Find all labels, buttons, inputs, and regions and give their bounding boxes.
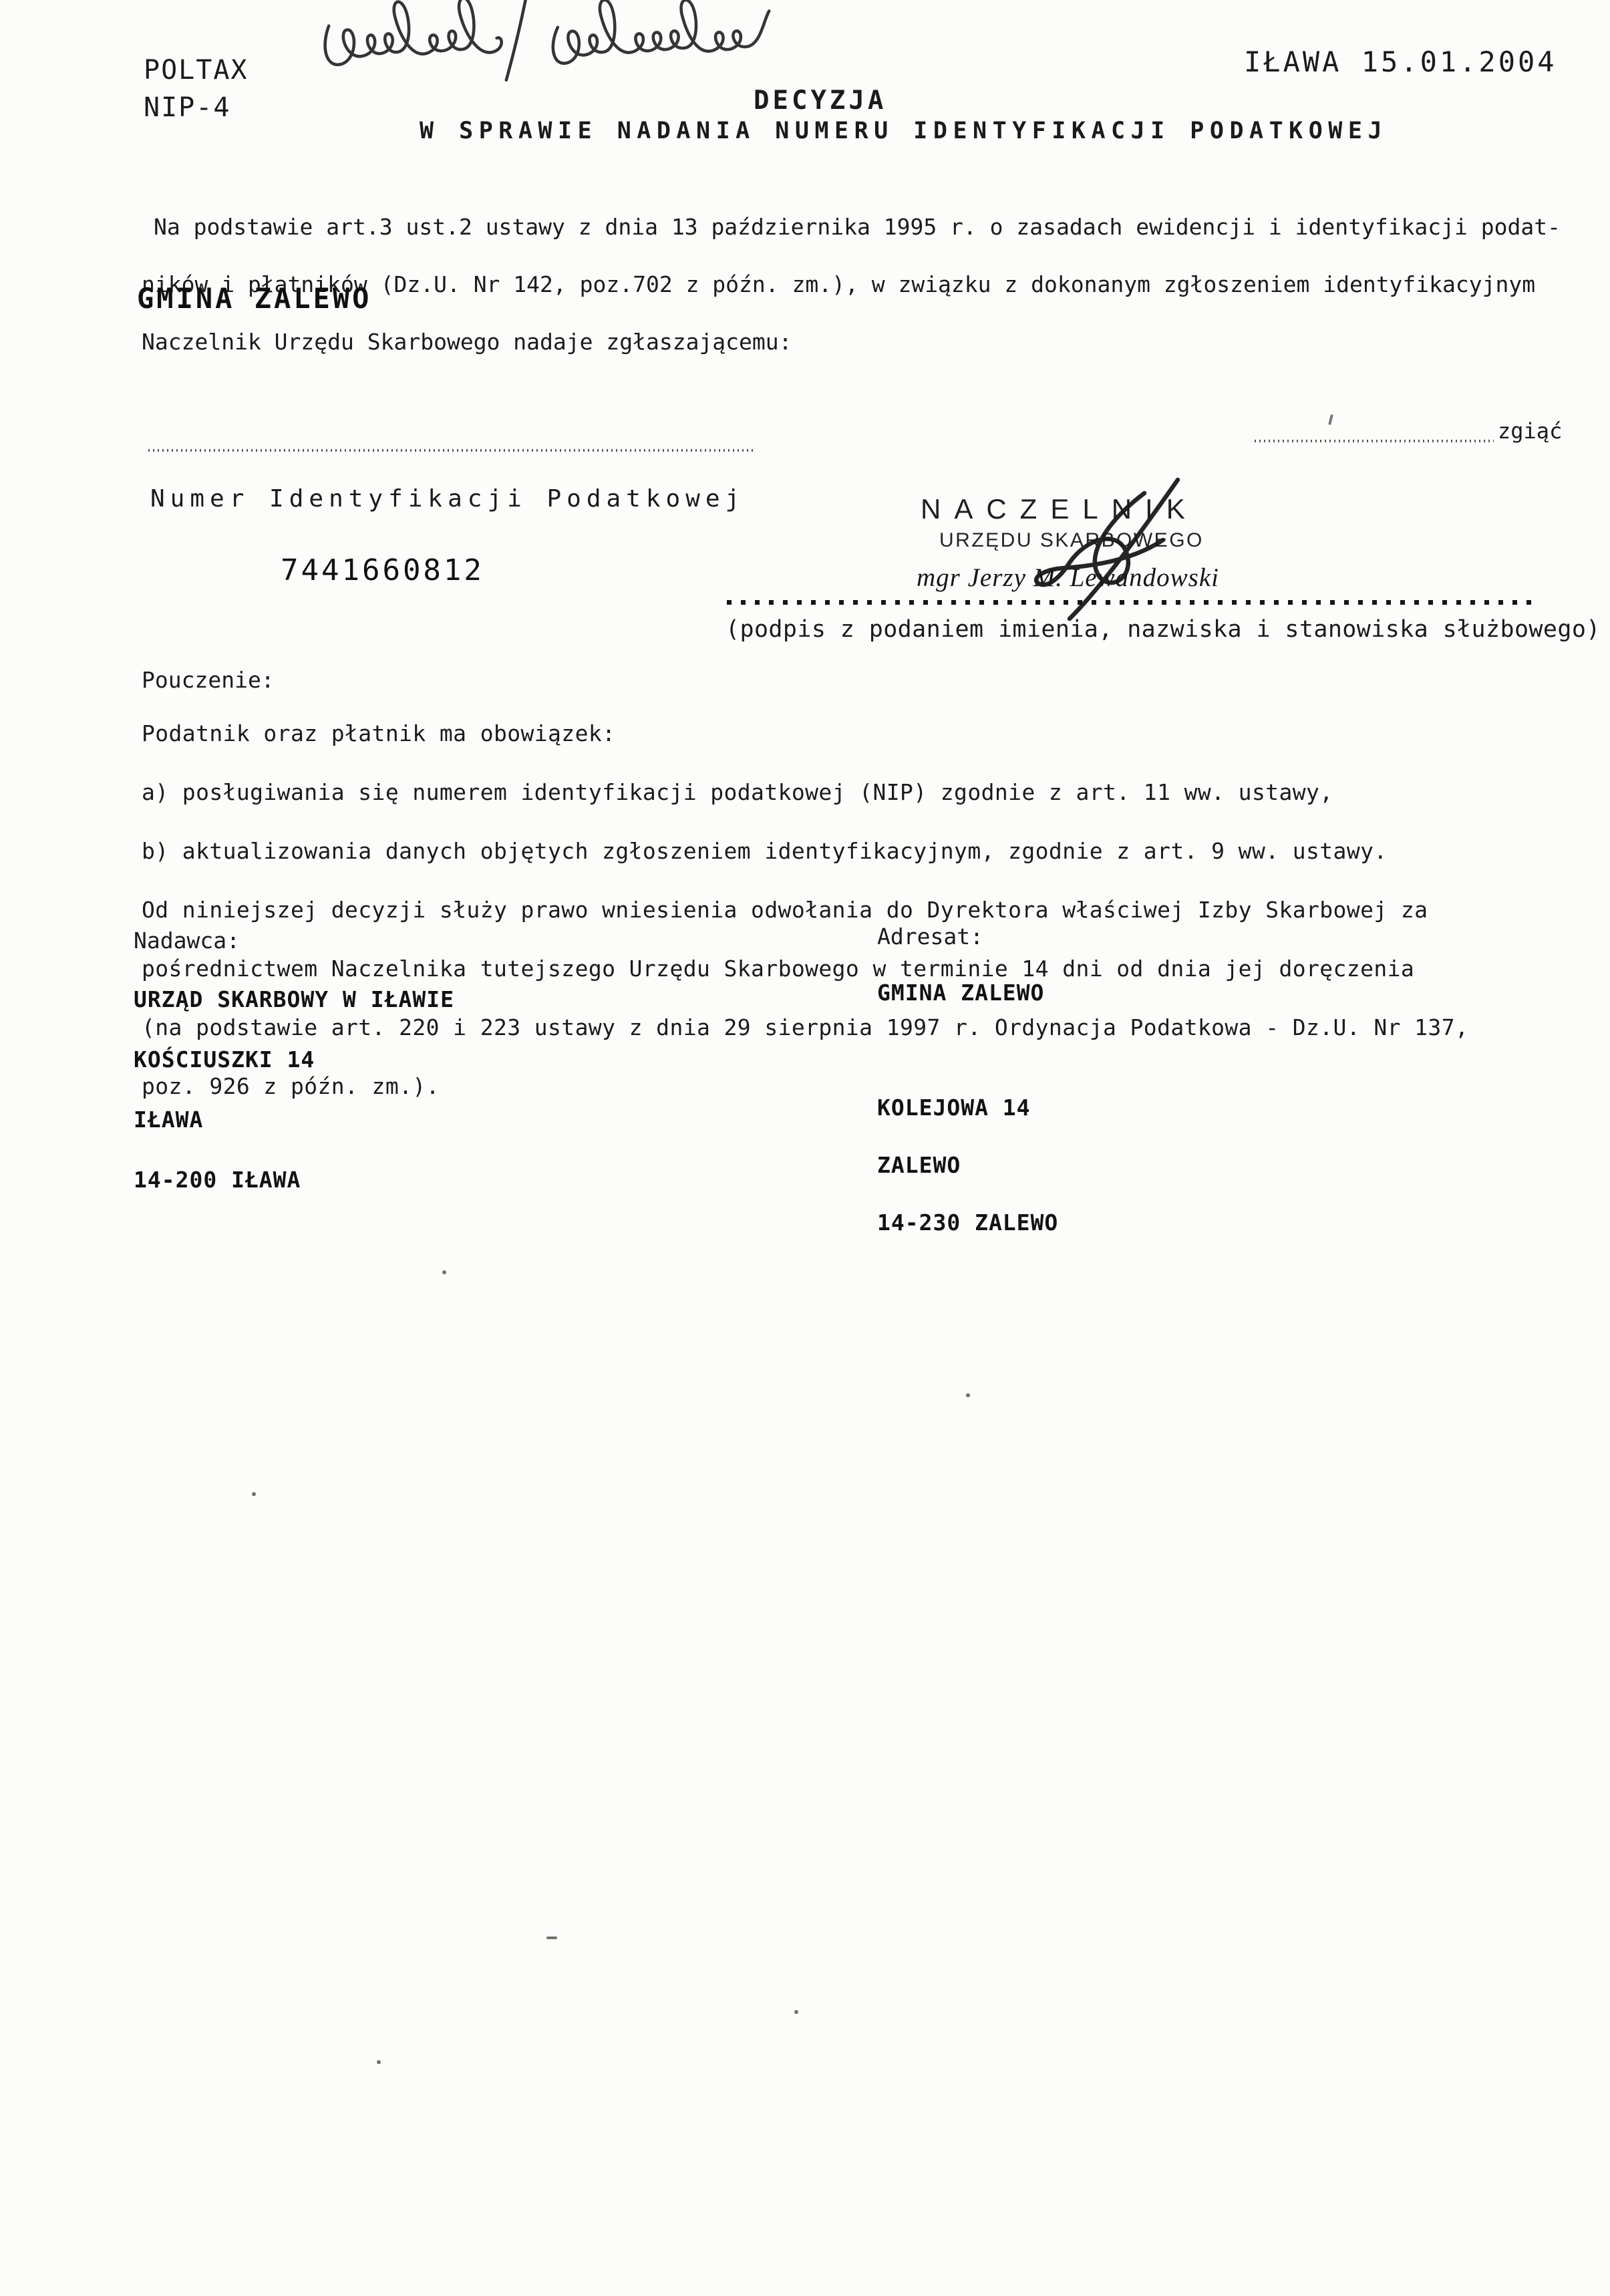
nip-value: 7441660812 — [281, 553, 484, 587]
recipient-line — [877, 1037, 1058, 1069]
pouczenie-line: Podatnik oraz płatnik ma obowiązek: — [142, 720, 1468, 754]
form-code: POLTAX — [144, 55, 249, 86]
document-page: POLTAX IŁAWA 15.01.2004 NIP-4 DECYZJA W … — [0, 0, 1610, 2296]
recipient-line: 14-230 ZALEWO — [877, 1209, 1058, 1242]
sender-address: URZĄD SKARBOWY W IŁAWIE KOŚCIUSZKI 14 IŁ… — [134, 961, 454, 1227]
pouczenie-line: b) aktualizowania danych objętych zgłosz… — [142, 838, 1468, 871]
signature-caption: (podpis z podaniem imienia, nazwiska i s… — [726, 616, 1601, 643]
fold-line-right — [1255, 440, 1494, 442]
intro-line: Na podstawie art.3 ust.2 ustawy z dnia 1… — [142, 214, 1561, 246]
handwritten-annotation — [319, 0, 807, 88]
sender-line: URZĄD SKARBOWY W IŁAWIE — [134, 986, 454, 1021]
scan-mark — [1328, 414, 1333, 425]
scan-speck — [546, 1936, 557, 1939]
sender-line: KOŚCIUSZKI 14 — [134, 1046, 454, 1081]
document-title: DECYZJA — [754, 86, 887, 116]
sender-label: Nadawca: — [134, 927, 240, 954]
sender-line: 14-200 IŁAWA — [134, 1167, 454, 1201]
signature-dotted-line — [727, 600, 1537, 605]
scan-speck — [794, 2010, 798, 2014]
scan-speck — [252, 1492, 256, 1496]
fold-label: zgiąć — [1498, 418, 1562, 444]
taxpayer-name: GMINA ZALEWO — [137, 282, 371, 315]
pouczenie-line: a) posługiwania się numerem identyfikacj… — [142, 779, 1468, 813]
document-subtitle: W SPRAWIE NADANIA NUMERU IDENTYFIKACJI P… — [420, 118, 1388, 144]
scan-speck — [442, 1270, 446, 1274]
form-type: NIP-4 — [144, 92, 230, 123]
nip-label: Numer Identyfikacji Podatkowej — [150, 485, 745, 513]
pouczenie-line: Od niniejszej decyzji służy prawo wniesi… — [142, 897, 1468, 930]
recipient-label: Adresat: — [877, 923, 983, 950]
fold-line-left — [148, 449, 756, 452]
scan-speck — [377, 2060, 381, 2064]
sender-line: IŁAWA — [134, 1107, 454, 1141]
recipient-line: GMINA ZALEWO — [877, 980, 1058, 1012]
scan-speck — [966, 1393, 970, 1397]
place-date: IŁAWA 15.01.2004 — [1244, 45, 1557, 78]
pouczenie-heading: Pouczenie: — [142, 667, 275, 693]
recipient-line: ZALEWO — [877, 1152, 1058, 1184]
recipient-address: GMINA ZALEWO KOLEJOWA 14 ZALEWO 14-230 Z… — [877, 954, 1058, 1267]
recipient-line: KOLEJOWA 14 — [877, 1095, 1058, 1127]
intro-line: Naczelnik Urzędu Skarbowego nadaje zgłas… — [142, 329, 1561, 361]
